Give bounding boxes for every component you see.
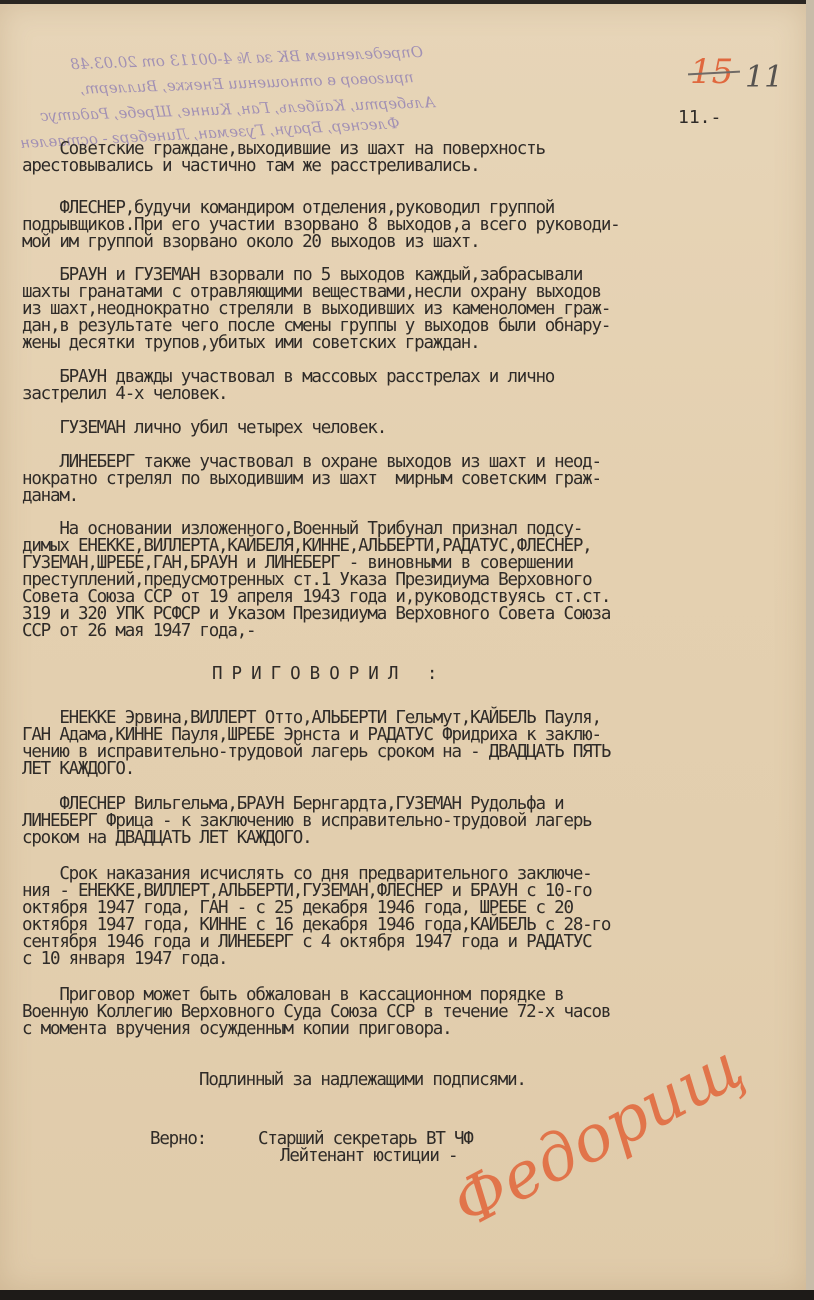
paragraph-line: арестовывались и частично там же расстре… — [22, 158, 479, 175]
paragraph-line: нократно стрелял по выходившим из шахт м… — [22, 471, 601, 488]
verdict-line: с 10 января 1947 года. — [22, 951, 227, 968]
verdict-heading: ПРИГОВОРИЛ : — [212, 666, 446, 683]
scan-border — [0, 1290, 814, 1300]
paragraph-line: застрелил 4-х человек. — [22, 386, 227, 403]
certified-label: Верно: — [150, 1131, 206, 1148]
red-pencil-signature: Федорищ — [441, 1029, 755, 1243]
signer-rank: Лейтенант юстиции - — [280, 1148, 457, 1165]
handwritten-note-line: Определением ВК за № 4-00113 от 20.03.48 — [70, 43, 423, 73]
paragraph-line: ГУЗЕМАН лично убил четырех человек. — [22, 420, 386, 437]
verdict-line: сроком на ДВАДЦАТЬ ЛЕТ КАЖДОГО. — [22, 830, 311, 847]
verdict-line: ЛЕТ КАЖДОГО. — [22, 761, 134, 778]
paragraph-line: жены десятки трупов,убитых ими советских… — [22, 335, 479, 352]
paragraph-line: данам. — [22, 488, 78, 505]
document-page: Определением ВК за № 4-00113 от 20.03.48… — [0, 4, 806, 1290]
authenticity-note: Подлинный за надлежащими подписями. — [199, 1072, 526, 1089]
paper-edge — [806, 0, 814, 1300]
page-number: 11.- — [678, 107, 721, 128]
folio-new-number: 11 — [745, 60, 783, 95]
verdict-line: с момента вручения осужденным копии приг… — [22, 1021, 451, 1038]
paragraph-line: мой им группой взорвано около 20 выходов… — [22, 234, 479, 251]
paragraph-line: ССР от 26 мая 1947 года,- — [22, 623, 255, 640]
handwritten-note-line: приговор в отношении Енекке, Виллерт, — [80, 68, 414, 98]
